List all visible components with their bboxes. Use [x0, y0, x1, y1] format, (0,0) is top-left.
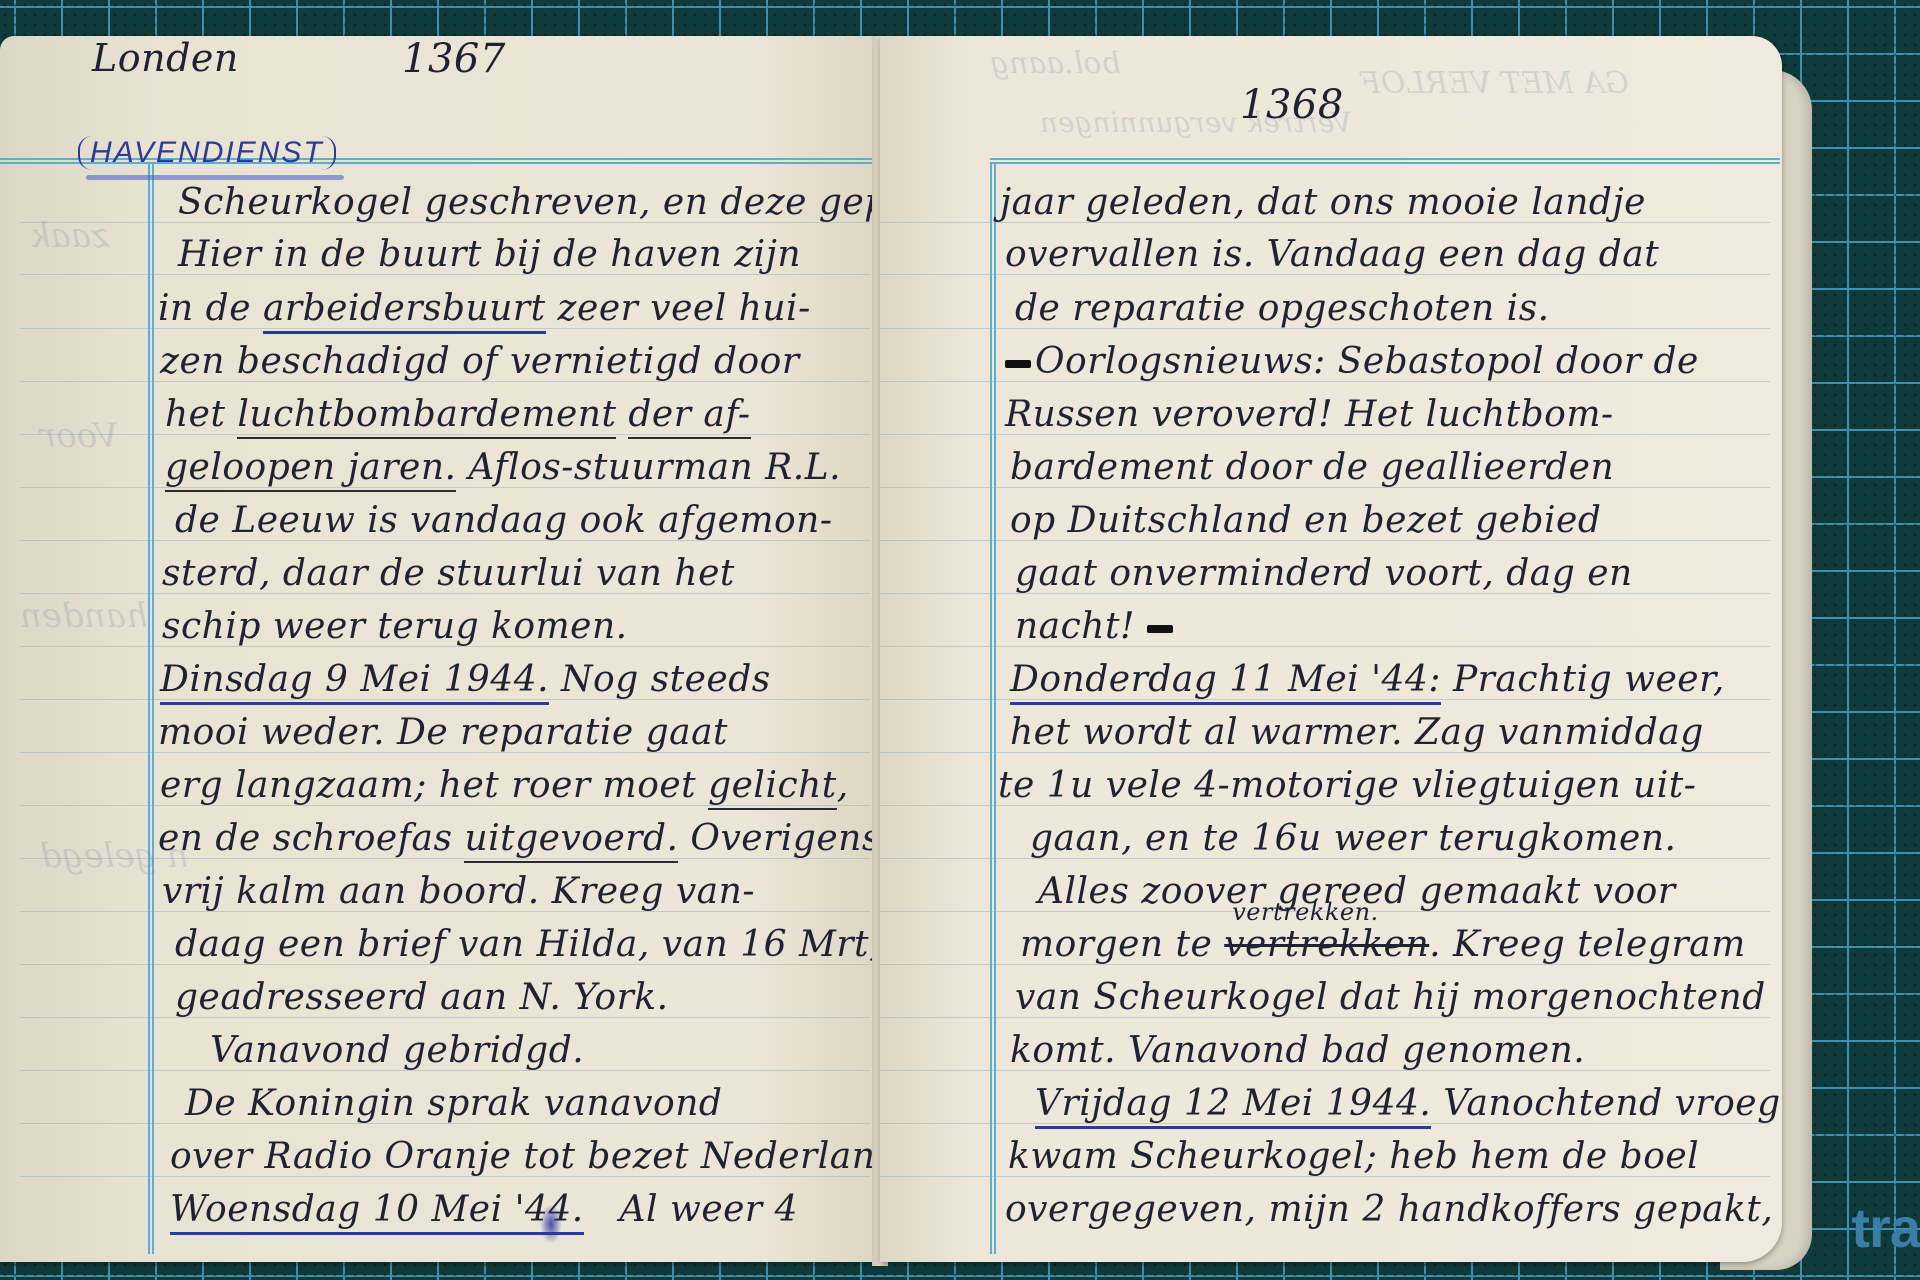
text-line: op Duitschland en bezet gebied: [1010, 500, 1601, 541]
text-line: Scheurkogel geschreven, en deze gepost.: [178, 182, 956, 223]
text-line: overgegeven, mijn 2 handkoffers gepakt,: [1005, 1189, 1773, 1230]
text-line: het wordt al warmer. Zag vanmiddag: [1010, 712, 1704, 753]
text-line: schip weer terug komen.: [162, 606, 628, 647]
text-line: van Scheurkogel dat hij morgenochtend: [1015, 977, 1766, 1018]
text-line: mooi weder. De reparatie gaat: [158, 712, 728, 753]
text-line: nacht!: [1015, 606, 1177, 647]
page-number: 1367: [402, 36, 506, 82]
text-line: de reparatie opgeschoten is.: [1015, 288, 1550, 329]
right-page: GA MET VERLOF bol.aang Vertrek vergunnin…: [880, 36, 1782, 1262]
text-line: gaat onverminderd voort, dag en: [1015, 553, 1633, 594]
diary-date-line: Woensdag 10 Mei '44. Al weer 4: [170, 1189, 798, 1230]
text-line: gaan, en te 16u weer terugkomen.: [1030, 818, 1676, 859]
ink-blot: [540, 1204, 562, 1244]
text-line: erg langzaam; het roer moet gelicht,: [160, 765, 849, 806]
text-line: het luchtbombardement der af-: [165, 394, 751, 435]
text-line: en de schroefas uitgevoerd. Overigens: [158, 818, 881, 859]
text-line: over Radio Oranje tot bezet Nederland.: [170, 1136, 911, 1177]
diary-date-line: Donderdag 11 Mei '44: Prachtig weer,: [1010, 659, 1725, 700]
text-line: jaar geleden, dat ons mooie landje: [1000, 182, 1646, 223]
diary-date-line: Dinsdag 9 Mei 1944. Nog steeds: [160, 659, 771, 700]
place-heading: Londen: [92, 36, 239, 80]
section-label: HAVENDIENST: [78, 136, 336, 170]
text-line: komt. Vanavond bad genomen.: [1010, 1030, 1585, 1071]
text-line: zen beschadigd of vernietigd door: [160, 341, 800, 382]
dash-mark: [1147, 625, 1173, 633]
text-line: overvallen is. Vandaag een dag dat: [1005, 234, 1659, 275]
text-line: Oorlogsnieuws: Sebastopol door de: [1005, 341, 1699, 382]
text-line: De Koningin sprak vanavond: [185, 1083, 722, 1124]
text-line: te 1u vele 4-motorige vliegtuigen uit-: [998, 765, 1696, 806]
top-double-rule: [990, 158, 1780, 164]
page-number: 1368: [1240, 82, 1344, 128]
text-line: in de arbeidersbuurt zeer veel hui-: [158, 288, 811, 329]
text-line: geloopen jaren. Aflos-stuurman R.L.: [165, 447, 841, 488]
margin-double-rule: [990, 164, 996, 1254]
cutting-mat-brand: tra: [1851, 1195, 1920, 1260]
text-line: daag een brief van Hilda, van 16 Mrt,: [175, 924, 881, 965]
diary-date-line: Vrijdag 12 Mei 1944. Vanochtend vroeg: [1035, 1083, 1781, 1124]
struck-word: vertrekken: [1224, 924, 1429, 965]
text-line: de Leeuw is vandaag ook afgemon-: [175, 500, 833, 541]
text-line: Vanavond gebridgd.: [210, 1030, 584, 1071]
text-line: kwam Scheurkogel; heb hem de boel: [1008, 1136, 1699, 1177]
margin-double-rule: [148, 164, 154, 1254]
text-line: vrij kalm aan boord. Kreeg van-: [162, 871, 755, 912]
text-line: geadresseerd aan N. York.: [175, 977, 669, 1018]
text-line: bardement door de geallieerden: [1010, 447, 1614, 488]
text-line: sterd, daar de stuurlui van het: [162, 553, 735, 594]
correction-insert: vertrekken.: [1232, 898, 1378, 926]
text-line: Russen veroverd! Het luchtbom-: [1005, 394, 1614, 435]
dash-mark: [1005, 360, 1031, 368]
bleed-through-stamp: GA MET VERLOF: [1360, 66, 1629, 101]
text-line: morgen te vertrekken.vertrekken. Kreeg t…: [1020, 924, 1746, 965]
text-line: Hier in de buurt bij de haven zijn: [178, 234, 801, 275]
left-page: zaak Voor handen n gelegd Londen 1367 HA…: [0, 36, 880, 1262]
